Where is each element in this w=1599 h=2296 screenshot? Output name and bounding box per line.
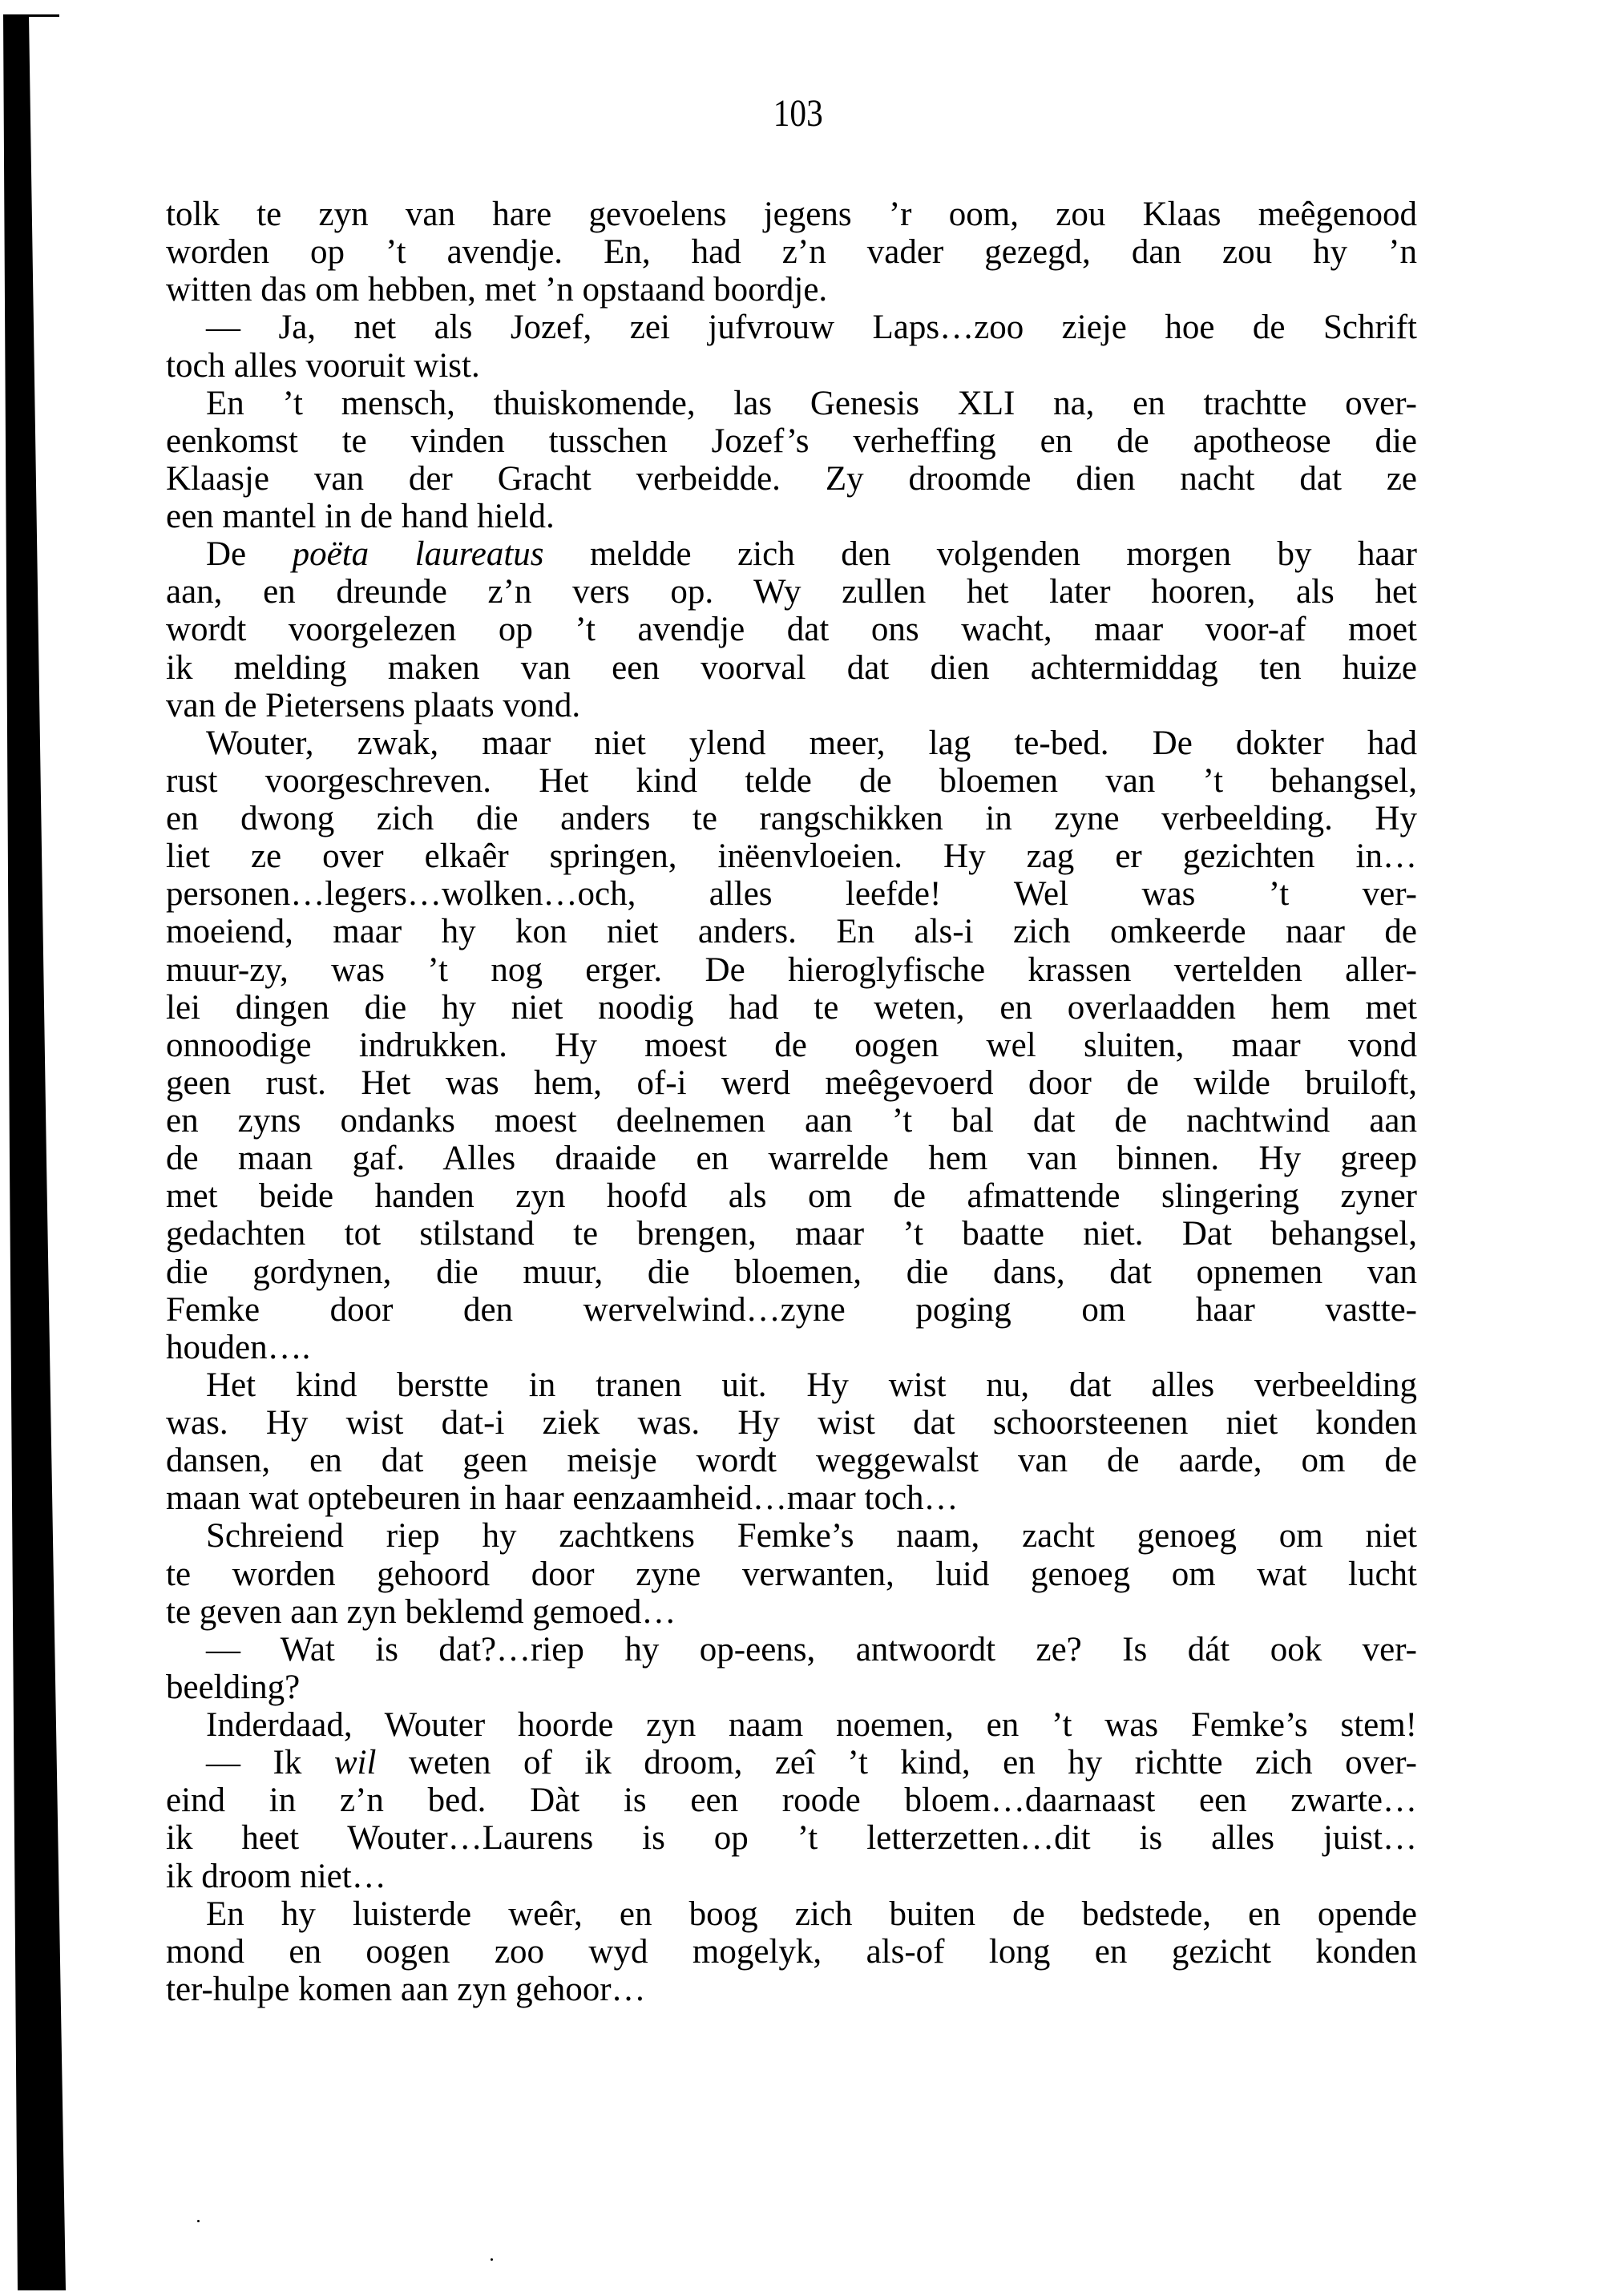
text-line: rust voorgeschreven. Het kind telde de b… — [166, 762, 1417, 800]
text-line-content: liet ze over elkaêr springen, inëenvloei… — [166, 837, 1417, 875]
text-line: en dwong zich die anders te rangschikken… — [166, 800, 1417, 837]
text-line: een mantel in de hand hield. — [166, 498, 1417, 535]
italic-phrase: wil — [334, 1744, 377, 1782]
text-line: De poëta laureatus meldde zich den volge… — [166, 535, 1417, 573]
text-line-content: ik heet Wouter…Laurens is op ’t letterze… — [166, 1819, 1417, 1857]
italic-phrase: poëta laureatus — [293, 535, 544, 573]
text-line-content: ter-hulpe komen aan zyn gehoor… — [166, 1971, 1417, 2008]
text-line: Femke door den wervelwind…zyne poging om… — [166, 1291, 1417, 1329]
text-line-content: worden op ’t avendje. En, had z’n vader … — [166, 233, 1417, 271]
text-line-content: gedachten tot stilstand te brengen, maar… — [166, 1215, 1417, 1253]
text-line-content: moeiend, maar hy kon niet anders. En als… — [166, 913, 1417, 950]
text-line: te geven aan zyn beklemd gemoed… — [166, 1593, 1417, 1631]
text-line: — Ik wil weten of ik droom, zeî ’t kind,… — [166, 1744, 1417, 1782]
text-line-content: aan, en dreunde z’n vers op. Wy zullen h… — [166, 573, 1417, 611]
text-line-content: Wouter, zwak, maar niet ylend meer, lag … — [206, 724, 1417, 762]
text-line-content: Schreiend riep hy zachtkens Femke’s naam… — [206, 1517, 1417, 1555]
text-line-content: houden…. — [166, 1329, 1417, 1366]
text-line: eind in z’n bed. Dàt is een roode bloem…… — [166, 1782, 1417, 1819]
text-line-content: die gordynen, die muur, die bloemen, die… — [166, 1253, 1417, 1291]
text-line-content: Femke door den wervelwind…zyne poging om… — [166, 1291, 1417, 1329]
text-line: de maan gaf. Alles draaide en warrelde h… — [166, 1140, 1417, 1177]
text-line-content: en dwong zich die anders te rangschikken… — [166, 800, 1417, 837]
text-line-content: dansen, en dat geen meisje wordt weggewa… — [166, 1442, 1417, 1479]
page-number: 103 — [111, 95, 1486, 133]
text-line-content: — Wat is dat?…riep hy op-eens, antwoordt… — [206, 1631, 1417, 1669]
text-line: van de Pietersens plaats vond. — [166, 687, 1417, 724]
text-line-content: — Ik wil weten of ik droom, zeî ’t kind,… — [206, 1744, 1417, 1782]
text-line-content: Inderdaad, Wouter hoorde zyn naam noemen… — [206, 1706, 1417, 1744]
text-line: worden op ’t avendje. En, had z’n vader … — [166, 233, 1417, 271]
text-line: gedachten tot stilstand te brengen, maar… — [166, 1215, 1417, 1253]
text-line: beelding? — [166, 1669, 1417, 1706]
text-line: Wouter, zwak, maar niet ylend meer, lag … — [166, 724, 1417, 762]
text-line: mond en oogen zoo wyd mogelyk, als-of lo… — [166, 1933, 1417, 1971]
text-line: ik droom niet… — [166, 1858, 1417, 1895]
body-text: tolk te zyn van hare gevoelens jegens ’r… — [166, 196, 1417, 2008]
text-line: was. Hy wist dat-i ziek was. Hy wist dat… — [166, 1404, 1417, 1442]
text-line: witten das om hebben, met ’n opstaand bo… — [166, 271, 1417, 309]
text-line: liet ze over elkaêr springen, inëenvloei… — [166, 837, 1417, 875]
text-line: muur-zy, was ’t nog erger. De hieroglyfi… — [166, 951, 1417, 989]
text-line: maan wat optebeuren in haar eenzaamheid…… — [166, 1479, 1417, 1517]
text-line-content: geen rust. Het was hem, of-i werd meêgev… — [166, 1064, 1417, 1102]
text-line-content: de maan gaf. Alles draaide en warrelde h… — [166, 1140, 1417, 1177]
text-line: Schreiend riep hy zachtkens Femke’s naam… — [166, 1517, 1417, 1555]
text-line: wordt voorgelezen op ’t avendje dat ons … — [166, 611, 1417, 648]
text-line: lei dingen die hy niet noodig had te wet… — [166, 989, 1417, 1027]
text-line-content: lei dingen die hy niet noodig had te wet… — [166, 989, 1417, 1027]
text-line: En hy luisterde weêr, en boog zich buite… — [166, 1895, 1417, 1933]
text-line-content: tolk te zyn van hare gevoelens jegens ’r… — [166, 196, 1417, 233]
text-line-content: wordt voorgelezen op ’t avendje dat ons … — [166, 611, 1417, 648]
text-line: houden…. — [166, 1329, 1417, 1366]
text-line: aan, en dreunde z’n vers op. Wy zullen h… — [166, 573, 1417, 611]
text-line: Klaasje van der Gracht verbeidde. Zy dro… — [166, 460, 1417, 498]
text-line: Inderdaad, Wouter hoorde zyn naam noemen… — [166, 1706, 1417, 1744]
text-line-content: ik melding maken van een voorval dat die… — [166, 649, 1417, 687]
text-line-content: en zyns ondanks moest deelnemen aan ’t b… — [166, 1102, 1417, 1140]
text-line: tolk te zyn van hare gevoelens jegens ’r… — [166, 196, 1417, 233]
text-line: eenkomst te vinden tusschen Jozef’s verh… — [166, 422, 1417, 460]
text-line-content: maan wat optebeuren in haar eenzaamheid…… — [166, 1479, 1417, 1517]
text-line-content: En hy luisterde weêr, en boog zich buite… — [206, 1895, 1417, 1933]
text-line-content: was. Hy wist dat-i ziek was. Hy wist dat… — [166, 1404, 1417, 1442]
text-line: moeiend, maar hy kon niet anders. En als… — [166, 913, 1417, 950]
text-line-content: mond en oogen zoo wyd mogelyk, als-of lo… — [166, 1933, 1417, 1971]
text-line: met beide handen zyn hoofd als om de afm… — [166, 1177, 1417, 1215]
text-line: ik heet Wouter…Laurens is op ’t letterze… — [166, 1819, 1417, 1857]
text-line-content: te worden gehoord door zyne verwanten, l… — [166, 1556, 1417, 1593]
text-line-content: toch alles vooruit wist. — [166, 347, 1417, 385]
text-line-content: eenkomst te vinden tusschen Jozef’s verh… — [166, 422, 1417, 460]
text-line: ik melding maken van een voorval dat die… — [166, 649, 1417, 687]
text-line-content: En ’t mensch, thuiskomende, las Genesis … — [206, 385, 1417, 422]
text-line: en zyns ondanks moest deelnemen aan ’t b… — [166, 1102, 1417, 1140]
text-line-content: beelding? — [166, 1669, 1417, 1706]
text-line: En ’t mensch, thuiskomende, las Genesis … — [166, 385, 1417, 422]
text-line-content: Het kind berstte in tranen uit. Hy wist … — [206, 1366, 1417, 1404]
scan-edge-mark — [3, 14, 59, 17]
text-line: toch alles vooruit wist. — [166, 347, 1417, 385]
text-line: Het kind berstte in tranen uit. Hy wist … — [166, 1366, 1417, 1404]
text-line: onnoodige indrukken. Hy moest de oogen w… — [166, 1027, 1417, 1064]
text-line-content: een mantel in de hand hield. — [166, 498, 1417, 535]
text-line-content: te geven aan zyn beklemd gemoed… — [166, 1593, 1417, 1631]
text-line-content: personen…legers…wolken…och, alles leefde… — [166, 875, 1417, 913]
text-line: ter-hulpe komen aan zyn gehoor… — [166, 1971, 1417, 2008]
text-line: te worden gehoord door zyne verwanten, l… — [166, 1556, 1417, 1593]
text-line-content: eind in z’n bed. Dàt is een roode bloem…… — [166, 1782, 1417, 1819]
text-line-content: De poëta laureatus meldde zich den volge… — [206, 535, 1417, 573]
text-line-content: onnoodige indrukken. Hy moest de oogen w… — [166, 1027, 1417, 1064]
text-line-content: Klaasje van der Gracht verbeidde. Zy dro… — [166, 460, 1417, 498]
text-line-content: witten das om hebben, met ’n opstaand bo… — [166, 271, 1417, 309]
text-line: geen rust. Het was hem, of-i werd meêgev… — [166, 1064, 1417, 1102]
text-line: personen…legers…wolken…och, alles leefde… — [166, 875, 1417, 913]
text-line-content: rust voorgeschreven. Het kind telde de b… — [166, 762, 1417, 800]
text-line-content: muur-zy, was ’t nog erger. De hieroglyfi… — [166, 951, 1417, 989]
book-page: 103 tolk te zyn van hare gevoelens jegen… — [0, 0, 1599, 2296]
text-line-content: — Ja, net als Jozef, zei jufvrouw Laps…z… — [206, 309, 1417, 346]
text-line-content: met beide handen zyn hoofd als om de afm… — [166, 1177, 1417, 1215]
text-line: — Ja, net als Jozef, zei jufvrouw Laps…z… — [166, 309, 1417, 346]
scan-speck — [491, 2258, 493, 2261]
scan-speck — [197, 2220, 200, 2222]
scan-binding-shadow — [0, 0, 80, 2296]
text-line-content: van de Pietersens plaats vond. — [166, 687, 1417, 724]
text-line: die gordynen, die muur, die bloemen, die… — [166, 1253, 1417, 1291]
text-line-content: ik droom niet… — [166, 1858, 1417, 1895]
text-line: — Wat is dat?…riep hy op-eens, antwoordt… — [166, 1631, 1417, 1669]
text-line: dansen, en dat geen meisje wordt weggewa… — [166, 1442, 1417, 1479]
